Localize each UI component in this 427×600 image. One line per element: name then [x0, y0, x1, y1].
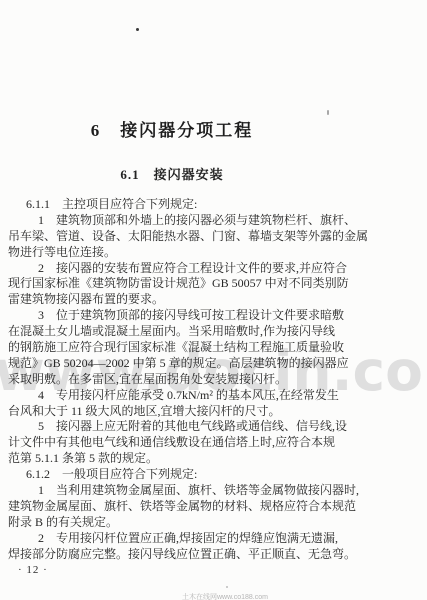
text-line: 4 专用接闪杆应能承受 0.7kN/m² 的基本风压,在经常发生 [8, 388, 353, 404]
text-line: 焊接部分防腐应完整。接闪导线应位置正确、平正顺直、无急弯。 [8, 547, 353, 563]
text-line: 雷建筑物接闪器布置的要求。 [8, 292, 353, 308]
chapter-title: 6 接闪器分项工程 [8, 116, 336, 141]
ink-speck [226, 586, 228, 588]
text-line: 吊车梁、管道、设备、太阳能热水器、门窗、幕墙支架等外露的金属 [8, 229, 353, 245]
text-line: 计文件中有其他电气线和通信线敷设在通信塔上时,应符合本规 [8, 435, 353, 451]
footer-watermark: 土木在线网www.co188.com [182, 592, 268, 600]
text-line: 5 接闪器上应无附着的其他电气线路或通信线、信号线,设 [8, 419, 353, 435]
text-line: 6.1.1 主控项目应符合下列规定: [8, 197, 353, 213]
text-line: 1 当利用建筑物金属屋面、旗杆、铁塔等金属物做接闪器时, [8, 483, 353, 499]
text-line: 3 位于建筑物顶部的接闪导线可按工程设计文件要求暗敷 [8, 308, 353, 324]
text-line: 6.1.2 一般项目应符合下列规定: [8, 467, 353, 483]
text-line: 物进行等电位连接。 [8, 245, 353, 261]
text-line: 2 专用接闪杆位置应正确,焊接固定的焊缝应饱满无遗漏, [8, 531, 353, 547]
body-text: 6.1.1 主控项目应符合下列规定: 1 建筑物顶部和外墙上的接闪器必须与建筑物… [8, 197, 353, 562]
text-line: 现行国家标准《建筑物防雷设计规范》GB 50057 中对不同类别防 [8, 276, 353, 292]
text-line: 2 接闪器的安装布置应符合工程设计文件的要求,并应符合 [8, 261, 353, 277]
text-line: 的钢筋施工应符合现行国家标准《混凝土结构工程施工质量验收 [8, 340, 353, 356]
section-heading: 6.1 接闪器安装 [8, 164, 336, 183]
text-line: 台风和大于 11 级大风的地区,宜增大接闪杆的尺寸。 [8, 404, 353, 420]
text-line: 规范》GB 50204—2002 中第 5 章的规定。高层建筑物的接闪器应 [8, 356, 353, 372]
ink-speck [327, 110, 329, 115]
text-line: 建筑物金属屋面、旗杆、铁塔等金属物的材料、规格应符合本规范 [8, 499, 353, 515]
text-line: 采取明敷。在多雷区,宜在屋面拐角处安装短接闪杆。 [8, 372, 353, 388]
text-line: 在混凝土女儿墙或混凝土屋面内。当采用暗敷时,作为接闪导线 [8, 324, 353, 340]
scanned-document-page: www.docin.com 6 接闪器分项工程 6.1 接闪器安装 6.1.1 … [0, 0, 427, 600]
text-line: 范第 5.1.1 条第 5 款的规定。 [8, 451, 353, 467]
text-line: 附录 B 的有关规定。 [8, 515, 353, 531]
text-line: 1 建筑物顶部和外墙上的接闪器必须与建筑物栏杆、旗杆、 [8, 213, 353, 229]
page-number: · 12 · [18, 564, 48, 576]
ink-speck [136, 28, 139, 31]
